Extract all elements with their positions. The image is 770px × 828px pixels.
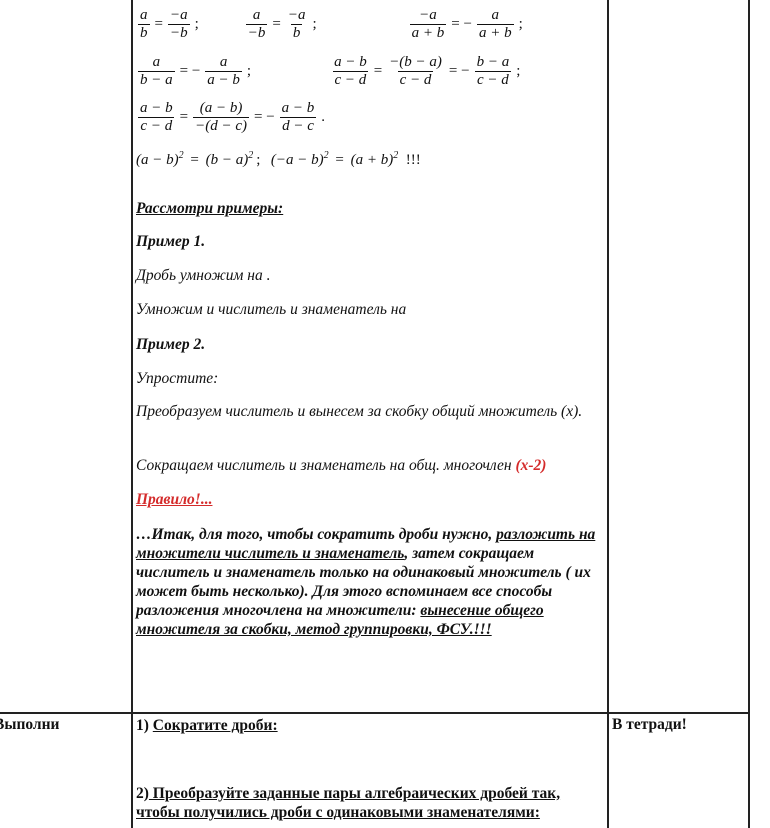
fraction: a−b [246,7,268,42]
theory-cell: ab = −a−b; a−b = −ab; −aa + b = − aa + b… [136,0,604,174]
fraction: b − ac − d [475,54,512,89]
fraction: aa + b [477,7,514,42]
table-border-middle [607,0,609,828]
table-row-divider [0,712,750,714]
fraction: −ab [286,7,308,42]
example-1-title: Пример 1. [136,232,606,251]
example-2-line-1: Упростите: [136,369,606,388]
task-2: 2) Преобразуйте заданные пары алгебраиче… [136,784,604,822]
fraction: a − bd − c [280,100,317,135]
fraction: a − bc − d [332,54,369,89]
table-border-right [748,0,750,828]
rule-heading: Правило!... [136,490,606,509]
example-2-line-2: Преобразуем числитель и вынесем за скобк… [136,402,606,421]
task-cell: 1) Сократите дроби: 2) Преобразуйте зада… [136,716,604,822]
fraction: ab [138,7,150,42]
fraction: (a − b)−(d − c) [193,100,249,135]
formula-row-1: ab = −a−b; a−b = −ab; −aa + b = − aa + b… [136,0,604,48]
example-1-line-2: Умножим и числитель и знаменатель на [136,300,606,319]
example-2-line-3-text: Сокращаем числитель и знаменатель на общ… [136,457,515,474]
task-label-cell: Выполни [0,716,59,734]
rule-text: …Итак, для того, чтобы сократить дроби н… [136,525,606,639]
task-1: 1) Сократите дроби: [136,716,604,735]
squares-identity: (a − b)2 = (b − a)2; (−a − b)2 = (a + b)… [136,150,604,174]
table-border-left [131,0,133,828]
examples-heading: Рассмотри примеры: [136,199,606,218]
fraction: −aa + b [410,7,447,42]
example-2-line-3: Сокращаем числитель и знаменатель на общ… [136,456,606,475]
example-1-line-1: Дробь умножим на . [136,266,606,285]
notebook-note: В тетради! [612,716,687,734]
fraction: ab − a [138,54,175,89]
highlight-polynomial: (x-2) [515,457,546,474]
fraction: a − bc − d [138,100,175,135]
formula-row-2: ab − a = − aa − b; a − bc − d = −(b − a)… [136,48,604,94]
fraction: −a−b [168,7,190,42]
example-2-title: Пример 2. [136,335,606,354]
fraction: −(b − a)c − d [387,54,444,89]
formula-row-3: a − bc − d = (a − b)−(d − c) = − a − bd … [136,94,604,140]
fraction: aa − b [205,54,242,89]
